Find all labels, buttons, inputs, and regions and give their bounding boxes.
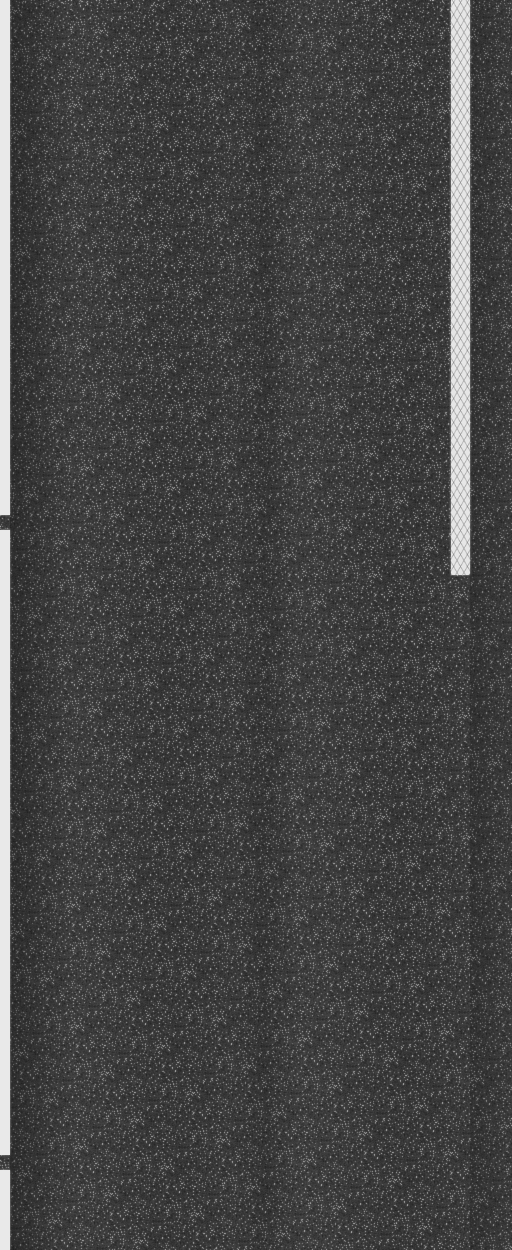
road-scene (0, 0, 512, 1250)
left-edge-line-segment (0, 1170, 10, 1250)
asphalt-texture (0, 0, 512, 1250)
right-lane-dash-marking (451, 0, 470, 575)
left-edge-line-segment (0, 0, 10, 515)
left-edge-line-segment (0, 530, 10, 1155)
